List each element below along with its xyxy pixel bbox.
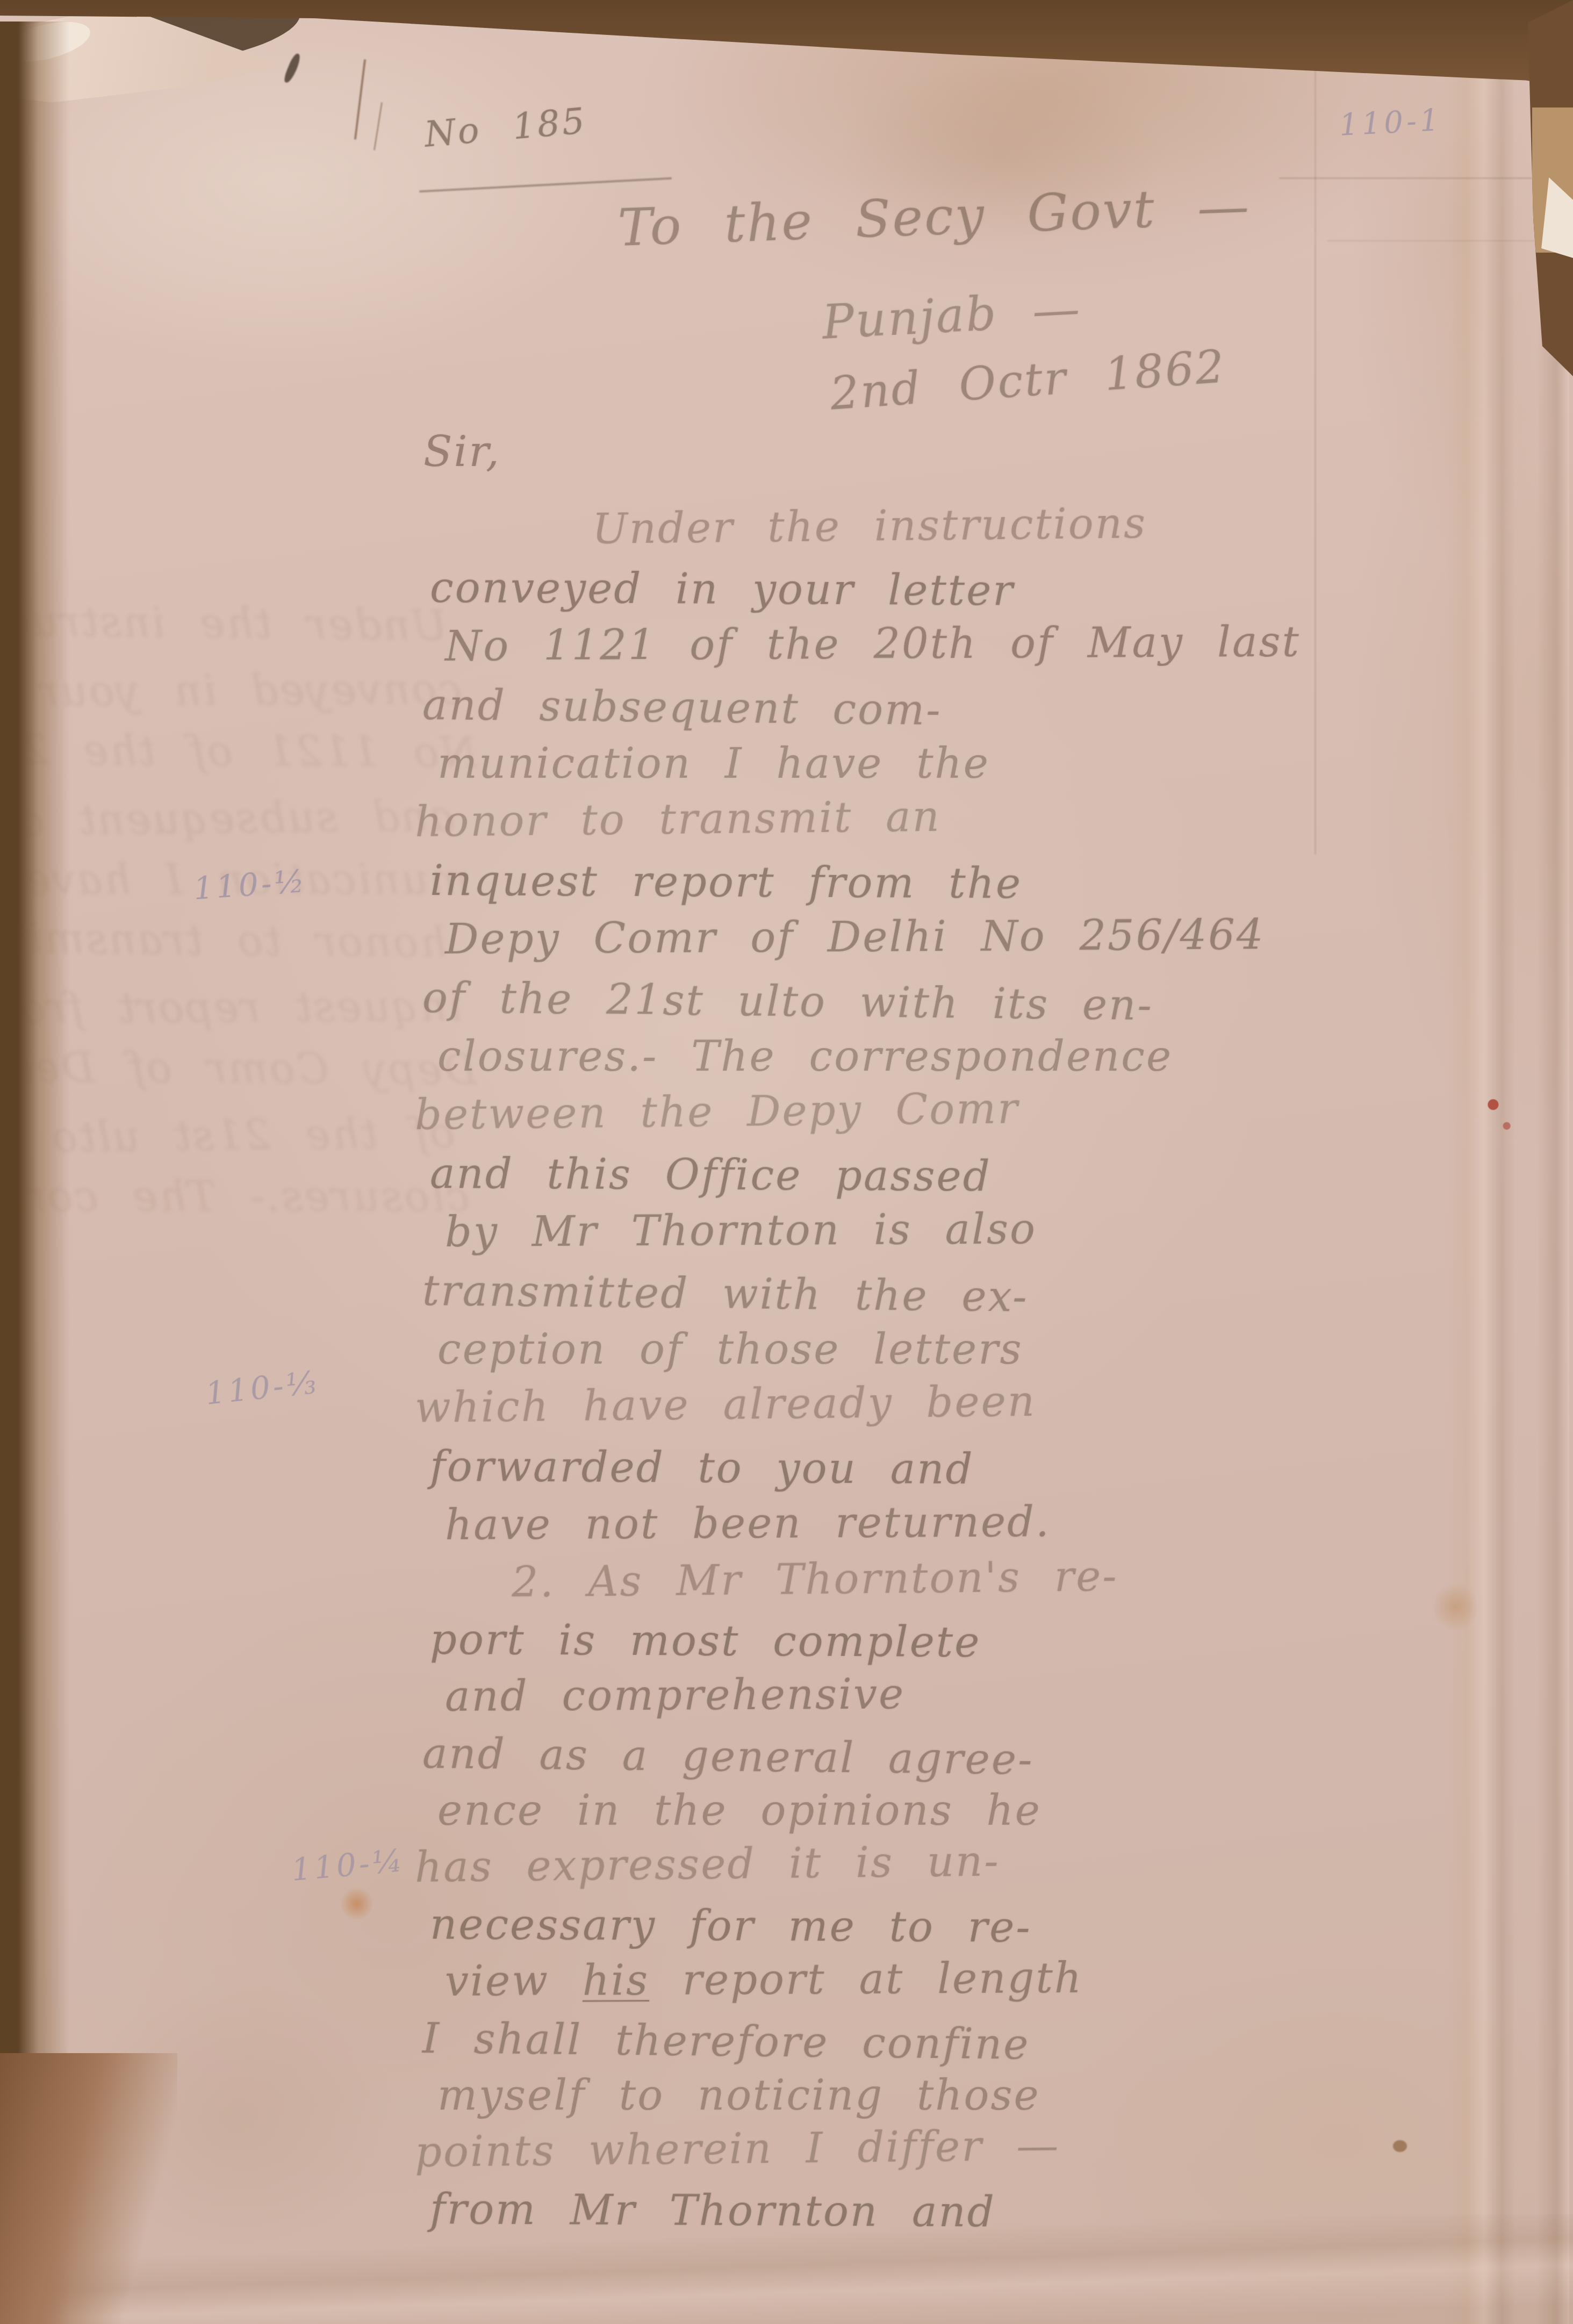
body-line: and this Office passed	[430, 1150, 992, 1201]
body-line: necessary for me to re-	[430, 1900, 1032, 1952]
date-line: 2nd Octr 1862	[829, 340, 1227, 420]
body-line: between the Depy Comr	[415, 1085, 1019, 1139]
vertical-fold	[1446, 0, 1515, 2324]
addressee-line: To the Secy Govt —	[617, 176, 1252, 258]
ghost-line: closures.- The correspondence	[0, 1173, 470, 1221]
body-line: Under the instructions	[592, 499, 1147, 554]
body-line: Depy Comr of Delhi No 256/464	[445, 911, 1265, 964]
archival-scan: { "document": { "kind": "Handwritten let…	[0, 0, 1573, 2324]
body-line: myself to noticing those	[437, 2071, 1040, 2120]
backing-board-bottom-left	[0, 2053, 177, 2324]
right-edge-fold	[1537, 322, 1569, 2324]
body-line: forwarded to you and	[430, 1443, 974, 1494]
margin-note: 110-⅓	[204, 1364, 320, 1412]
body-line: No 1121 of the 20th of May last	[445, 618, 1301, 671]
body-line: honor to transmit an	[415, 793, 942, 847]
addressee-place: Punjab —	[821, 281, 1082, 350]
body-line: 2. As Mr Thornton's re-	[512, 1552, 1119, 1607]
vertical-crease	[1315, 48, 1316, 855]
body-line: port is most complete	[430, 1616, 981, 1667]
body-line: view his report at length	[445, 1954, 1083, 2006]
registry-number-underline	[419, 177, 672, 193]
salutation: Sir,	[423, 428, 501, 476]
body-line: and subsequent com-	[422, 681, 942, 735]
body-line: has expressed it is un-	[415, 1838, 1001, 1892]
body-line: and as a general agree-	[422, 1730, 1034, 1784]
horizontal-crease	[1279, 177, 1573, 179]
body-line: ception of those letters	[437, 1325, 1023, 1374]
ink-blot	[283, 52, 303, 84]
crease-mark	[374, 102, 383, 150]
registry-number: No 185	[423, 100, 588, 155]
body-line: inquest report from the	[430, 857, 1023, 908]
crease-mark	[354, 59, 366, 139]
body-line: of the 21st ulto with its en-	[422, 974, 1154, 1030]
margin-note: 110-¼	[290, 1842, 406, 1888]
body-line: have not been returned.	[445, 1498, 1051, 1550]
body-line: and comprehensive	[445, 1670, 906, 1721]
body-line: transmitted with the ex-	[422, 1267, 1029, 1322]
body-line: ence in the opinions he	[437, 1787, 1042, 1835]
body-line: conveyed in your letter	[430, 564, 1015, 615]
body-line: munication I have the	[437, 740, 990, 788]
ghost-line: Depy Comr of Delhi No 256/464	[0, 1042, 477, 1094]
body-line: from Mr Thornton and	[430, 2185, 996, 2237]
stain	[1393, 2140, 1407, 2152]
pencil-folio-number: 110-1	[1338, 103, 1443, 143]
ghost-line: No 1121 of the 20th of May last	[0, 725, 477, 777]
stain	[340, 1887, 374, 1921]
body-line: points wherein I differ —	[415, 2121, 1060, 2177]
body-line: which have already been	[415, 1378, 1037, 1432]
backing-board-left	[0, 21, 70, 2324]
body-line: closures.- The correspondence	[437, 1032, 1173, 1081]
body-line: by Mr Thornton is also	[445, 1205, 1037, 1257]
letter-page: Under the instructionsconveyed in your l…	[0, 0, 1573, 2324]
body-line: I shall therefore confine	[422, 2014, 1030, 2069]
